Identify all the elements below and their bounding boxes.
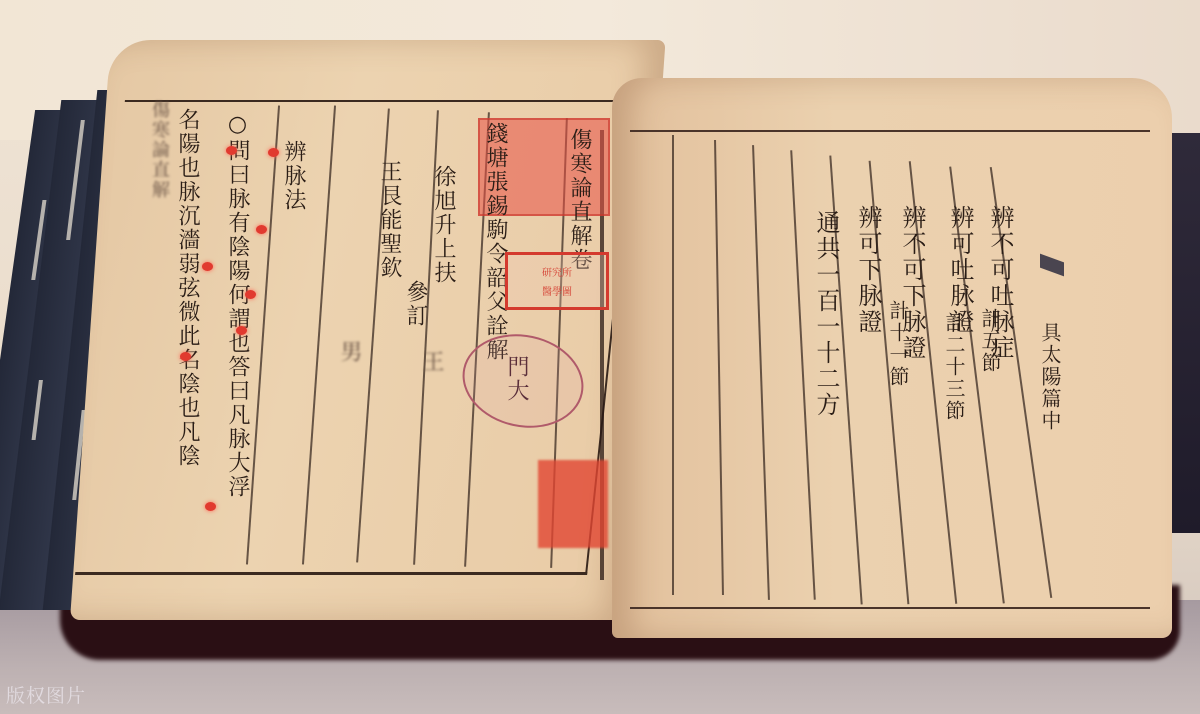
red-punctuation-dot xyxy=(256,225,267,234)
red-punctuation-dot xyxy=(180,352,191,361)
red-punctuation-dot xyxy=(205,502,216,511)
red-punctuation-dot xyxy=(236,326,247,335)
wear-mark xyxy=(32,380,43,440)
author-column: 錢塘張錫駒令韶父詮解 xyxy=(484,122,506,362)
seal-line: 醫學圖 xyxy=(542,283,572,298)
copyright-watermark: 版权图片 xyxy=(6,681,86,708)
square-red-seal xyxy=(538,460,608,548)
red-punctuation-dot xyxy=(202,262,213,271)
toc-title-4: 辨可下脉證 xyxy=(856,205,880,335)
title-column: 傷寒論直解卷 xyxy=(568,128,590,272)
wear-mark xyxy=(66,120,85,240)
reviser-1: 徐旭升上扶 xyxy=(432,165,454,285)
photo-scene: 傷寒論直解卷 錢塘張錫駒令韶父詮解 徐旭升上扶 參訂 王艮能聖欽 辨脉法 ○問曰… xyxy=(0,0,1200,714)
column-rule xyxy=(672,135,674,595)
red-punctuation-dot xyxy=(245,290,256,299)
section-heading: 辨脉法 xyxy=(282,140,304,212)
text-column-1: ○問曰脉有陰陽何謂也答曰凡脉大浮 xyxy=(226,112,248,499)
bottom-mark: 男 xyxy=(338,340,360,364)
oval-seal-text: 門大 xyxy=(505,355,527,403)
toc-note-3: 計二十三節 xyxy=(944,312,964,422)
red-punctuation-dot xyxy=(226,146,237,155)
margin-label: 傷寒論直解 xyxy=(150,100,168,200)
rectangular-red-seal: 研究所 醫學圖 xyxy=(505,252,609,310)
bottom-mark: 王 xyxy=(420,350,442,374)
text-column-2: 名陽也脉沉濇弱弦微此名陰也凡陰 xyxy=(176,108,198,468)
toc-note-2: 計五節 xyxy=(980,308,1000,374)
toc-total: 通共一百一十二方 xyxy=(814,210,838,418)
toc-note-1: 具太陽篇中 xyxy=(1040,322,1060,432)
red-punctuation-dot xyxy=(268,148,279,157)
reviser-1-role: 參訂 xyxy=(404,280,426,328)
reviser-2: 王艮能聖欽 xyxy=(378,160,400,280)
toc-note-4: 計十一節 xyxy=(888,300,908,388)
seal-line: 研究所 xyxy=(542,264,572,279)
